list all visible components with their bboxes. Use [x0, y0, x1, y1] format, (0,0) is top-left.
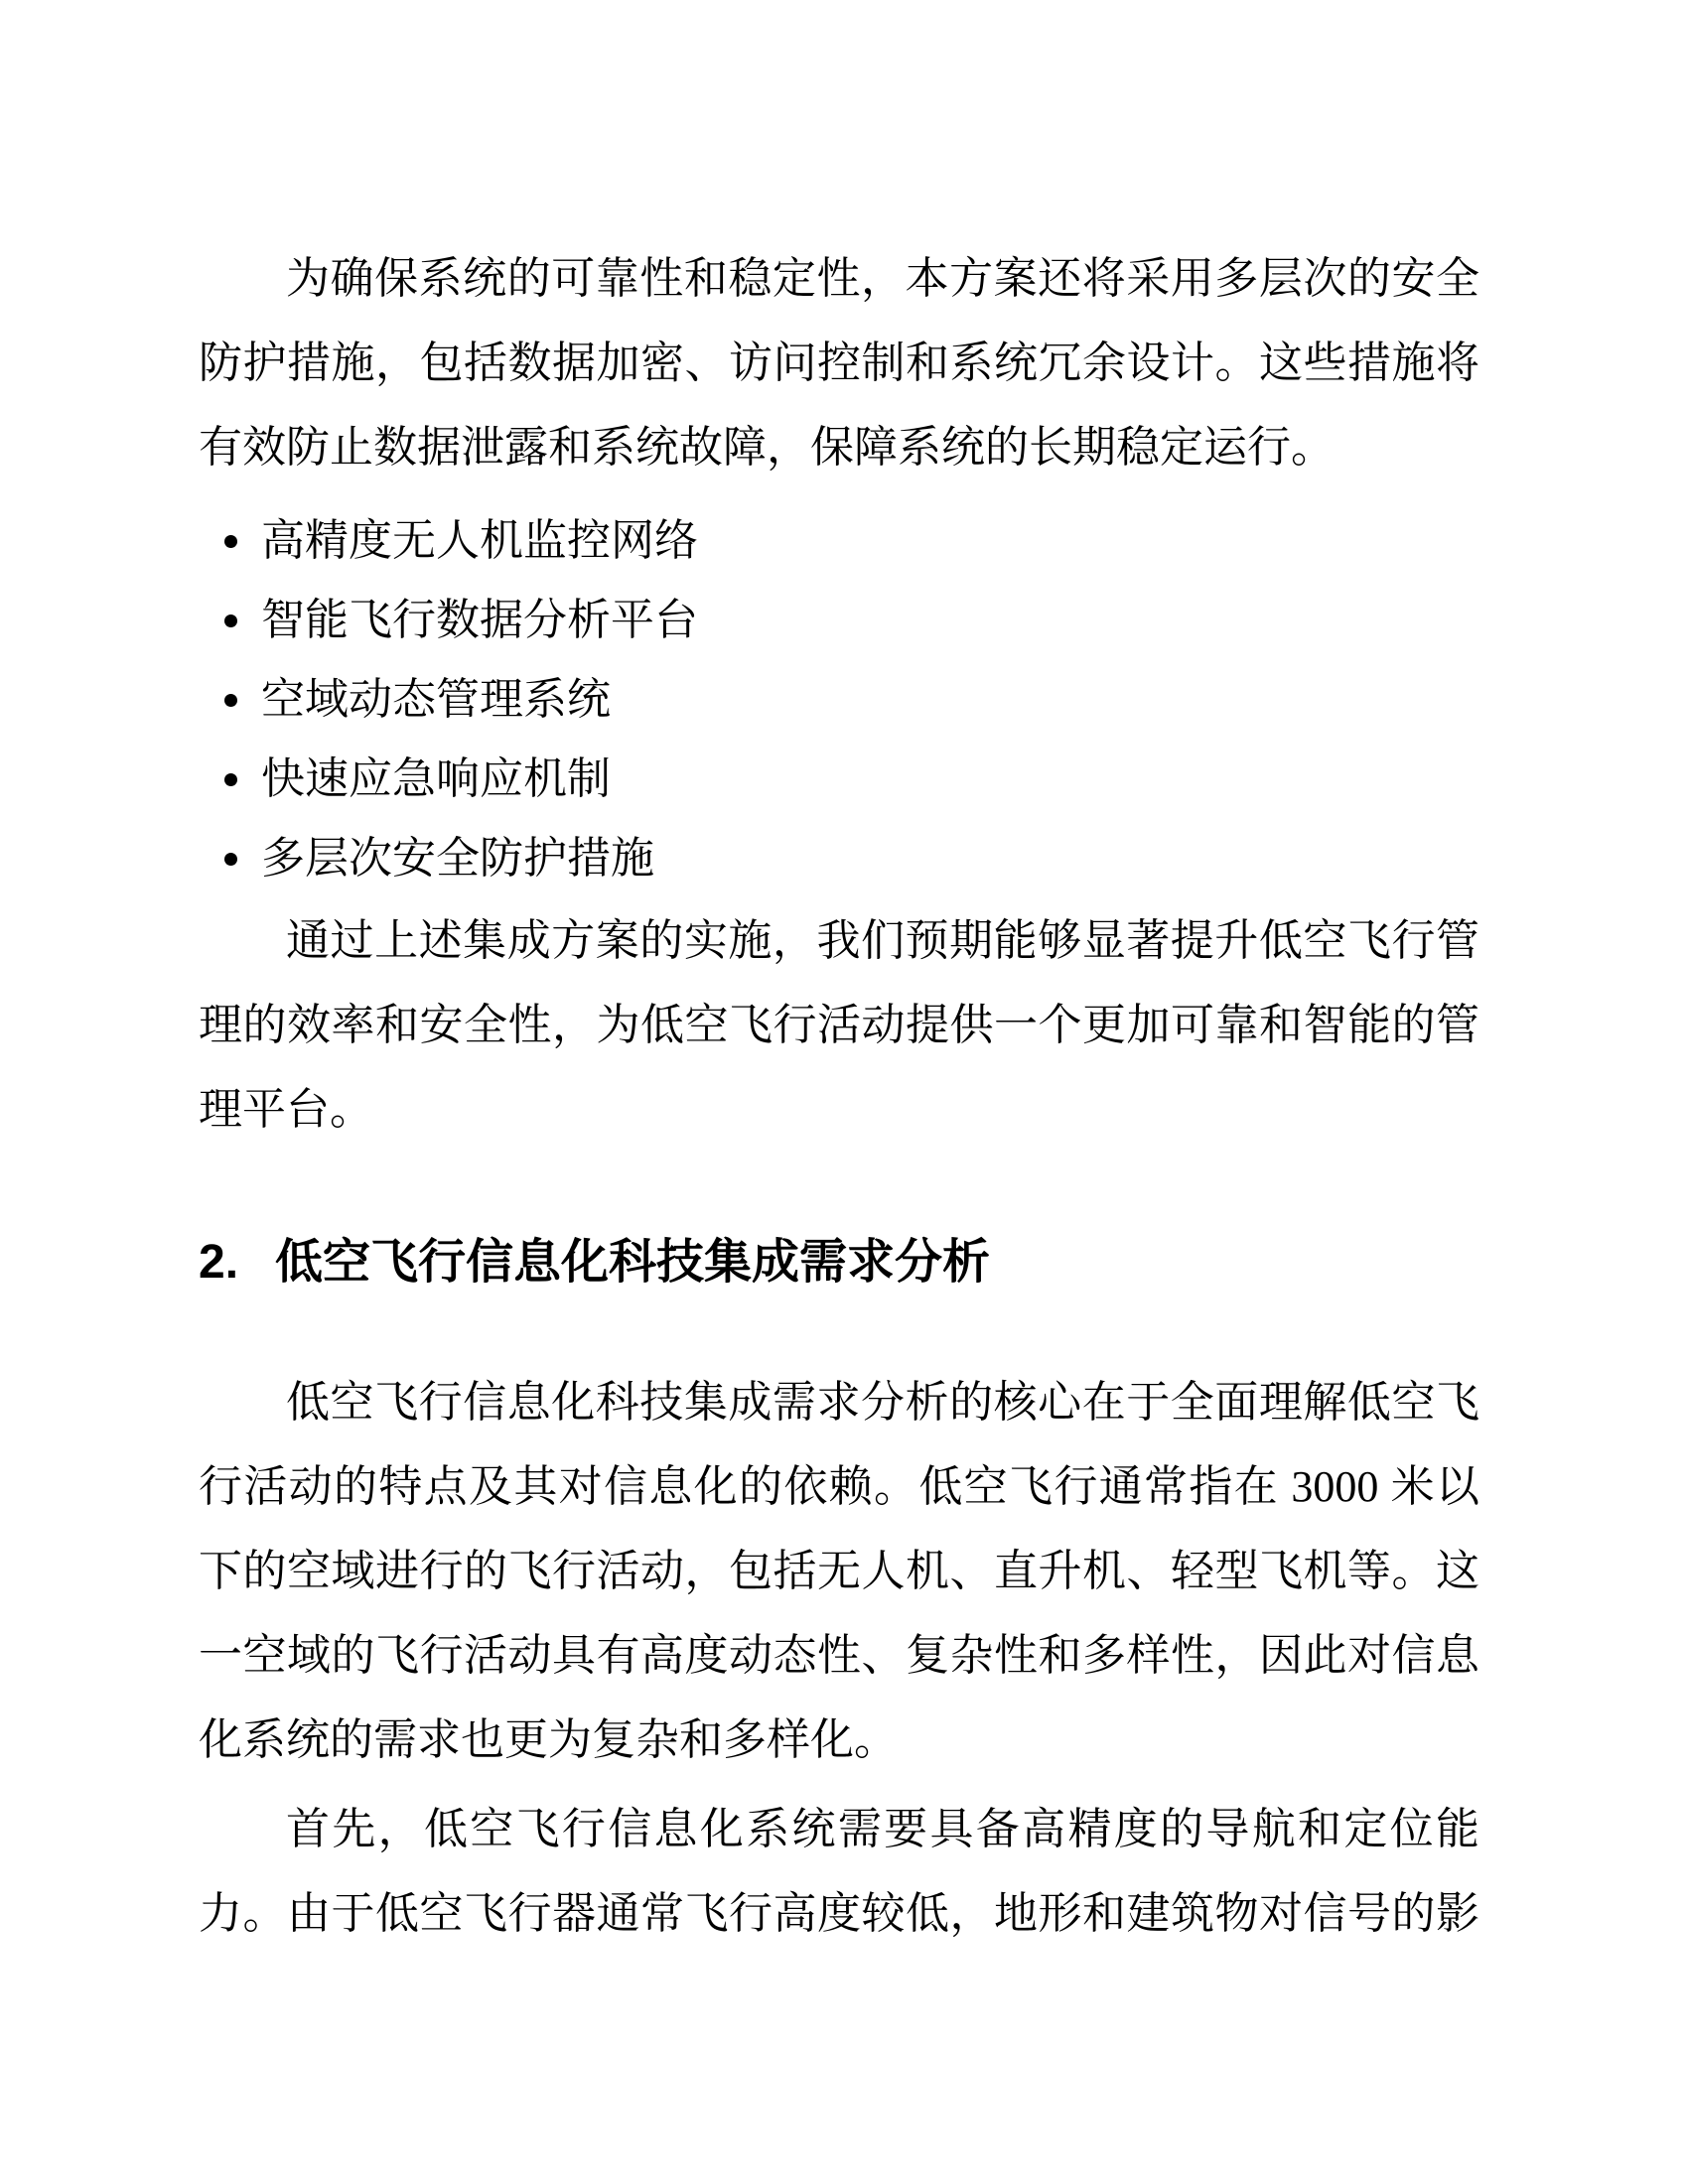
bullet-item: 智能飞行数据分析平台 — [199, 581, 1479, 660]
paragraph-line: 有效防止数据泄露和系统故障，保障系统的长期稳定运行。 — [199, 405, 1479, 489]
paragraph-line: 低空飞行信息化科技集成需求分析的核心在于全面理解低空飞 — [199, 1360, 1479, 1444]
paragraph-1: 为确保系统的可靠性和稳定性，本方案还将采用多层次的安全 防护措施，包括数据加密、… — [199, 236, 1479, 489]
bullet-item-text: 高精度无人机监控网络 — [261, 516, 698, 565]
paragraph-line: 理平台。 — [199, 1067, 1479, 1152]
bullet-icon — [224, 535, 237, 548]
paragraph-line: 化系统的需求也更为复杂和多样化。 — [199, 1698, 1479, 1782]
section-number: 2. — [199, 1228, 275, 1297]
paragraph-line: 下的空域进行的飞行活动，包括无人机、直升机、轻型飞机等。这 — [199, 1529, 1479, 1613]
bullet-list: 高精度无人机监控网络 智能飞行数据分析平台 空域动态管理系统 快速应急响应机制 … — [199, 501, 1479, 898]
paragraph-line: 通过上述集成方案的实施，我们预期能够显著提升低空飞行管 — [199, 898, 1479, 983]
section-heading: 2. 低空飞行信息化科技集成需求分析 — [199, 1228, 1479, 1297]
bullet-item-text: 多层次安全防护措施 — [261, 834, 654, 883]
paragraph-line: 一空域的飞行活动具有高度动态性、复杂性和多样性，因此对信息 — [199, 1613, 1479, 1698]
bullet-item: 空域动态管理系统 — [199, 660, 1479, 740]
paragraph-4: 首先，低空飞行信息化系统需要具备高精度的导航和定位能 力。由于低空飞行器通常飞行… — [199, 1787, 1479, 1956]
paragraph-line: 行活动的特点及其对信息化的依赖。低空飞行通常指在 3000 米以 — [199, 1444, 1479, 1529]
paragraph-line: 首先，低空飞行信息化系统需要具备高精度的导航和定位能 — [199, 1787, 1479, 1871]
bullet-item-text: 智能飞行数据分析平台 — [261, 596, 698, 644]
paragraph-line: 理的效率和安全性，为低空飞行活动提供一个更加可靠和智能的管 — [199, 983, 1479, 1067]
bullet-item: 快速应急响应机制 — [199, 740, 1479, 819]
paragraph-2: 通过上述集成方案的实施，我们预期能够显著提升低空飞行管 理的效率和安全性，为低空… — [199, 898, 1479, 1152]
bullet-item-text: 快速应急响应机制 — [261, 754, 611, 803]
bullet-icon — [224, 773, 237, 786]
paragraph-line: 为确保系统的可靠性和稳定性，本方案还将采用多层次的安全 — [199, 236, 1479, 321]
paragraph-3: 低空飞行信息化科技集成需求分析的核心在于全面理解低空飞 行活动的特点及其对信息化… — [199, 1360, 1479, 1782]
bullet-item-text: 空域动态管理系统 — [261, 675, 611, 724]
bullet-icon — [224, 694, 237, 707]
bullet-icon — [224, 614, 237, 627]
section-title: 低空飞行信息化科技集成需求分析 — [275, 1228, 1479, 1297]
paragraph-line: 防护措施，包括数据加密、访问控制和系统冗余设计。这些措施将 — [199, 321, 1479, 405]
paragraph-line: 力。由于低空飞行器通常飞行高度较低，地形和建筑物对信号的影 — [199, 1871, 1479, 1956]
bullet-item: 高精度无人机监控网络 — [199, 501, 1479, 581]
bullet-icon — [224, 853, 237, 866]
bullet-item: 多层次安全防护措施 — [199, 819, 1479, 898]
document-page: 为确保系统的可靠性和稳定性，本方案还将采用多层次的安全 防护措施，包括数据加密、… — [0, 0, 1688, 2184]
